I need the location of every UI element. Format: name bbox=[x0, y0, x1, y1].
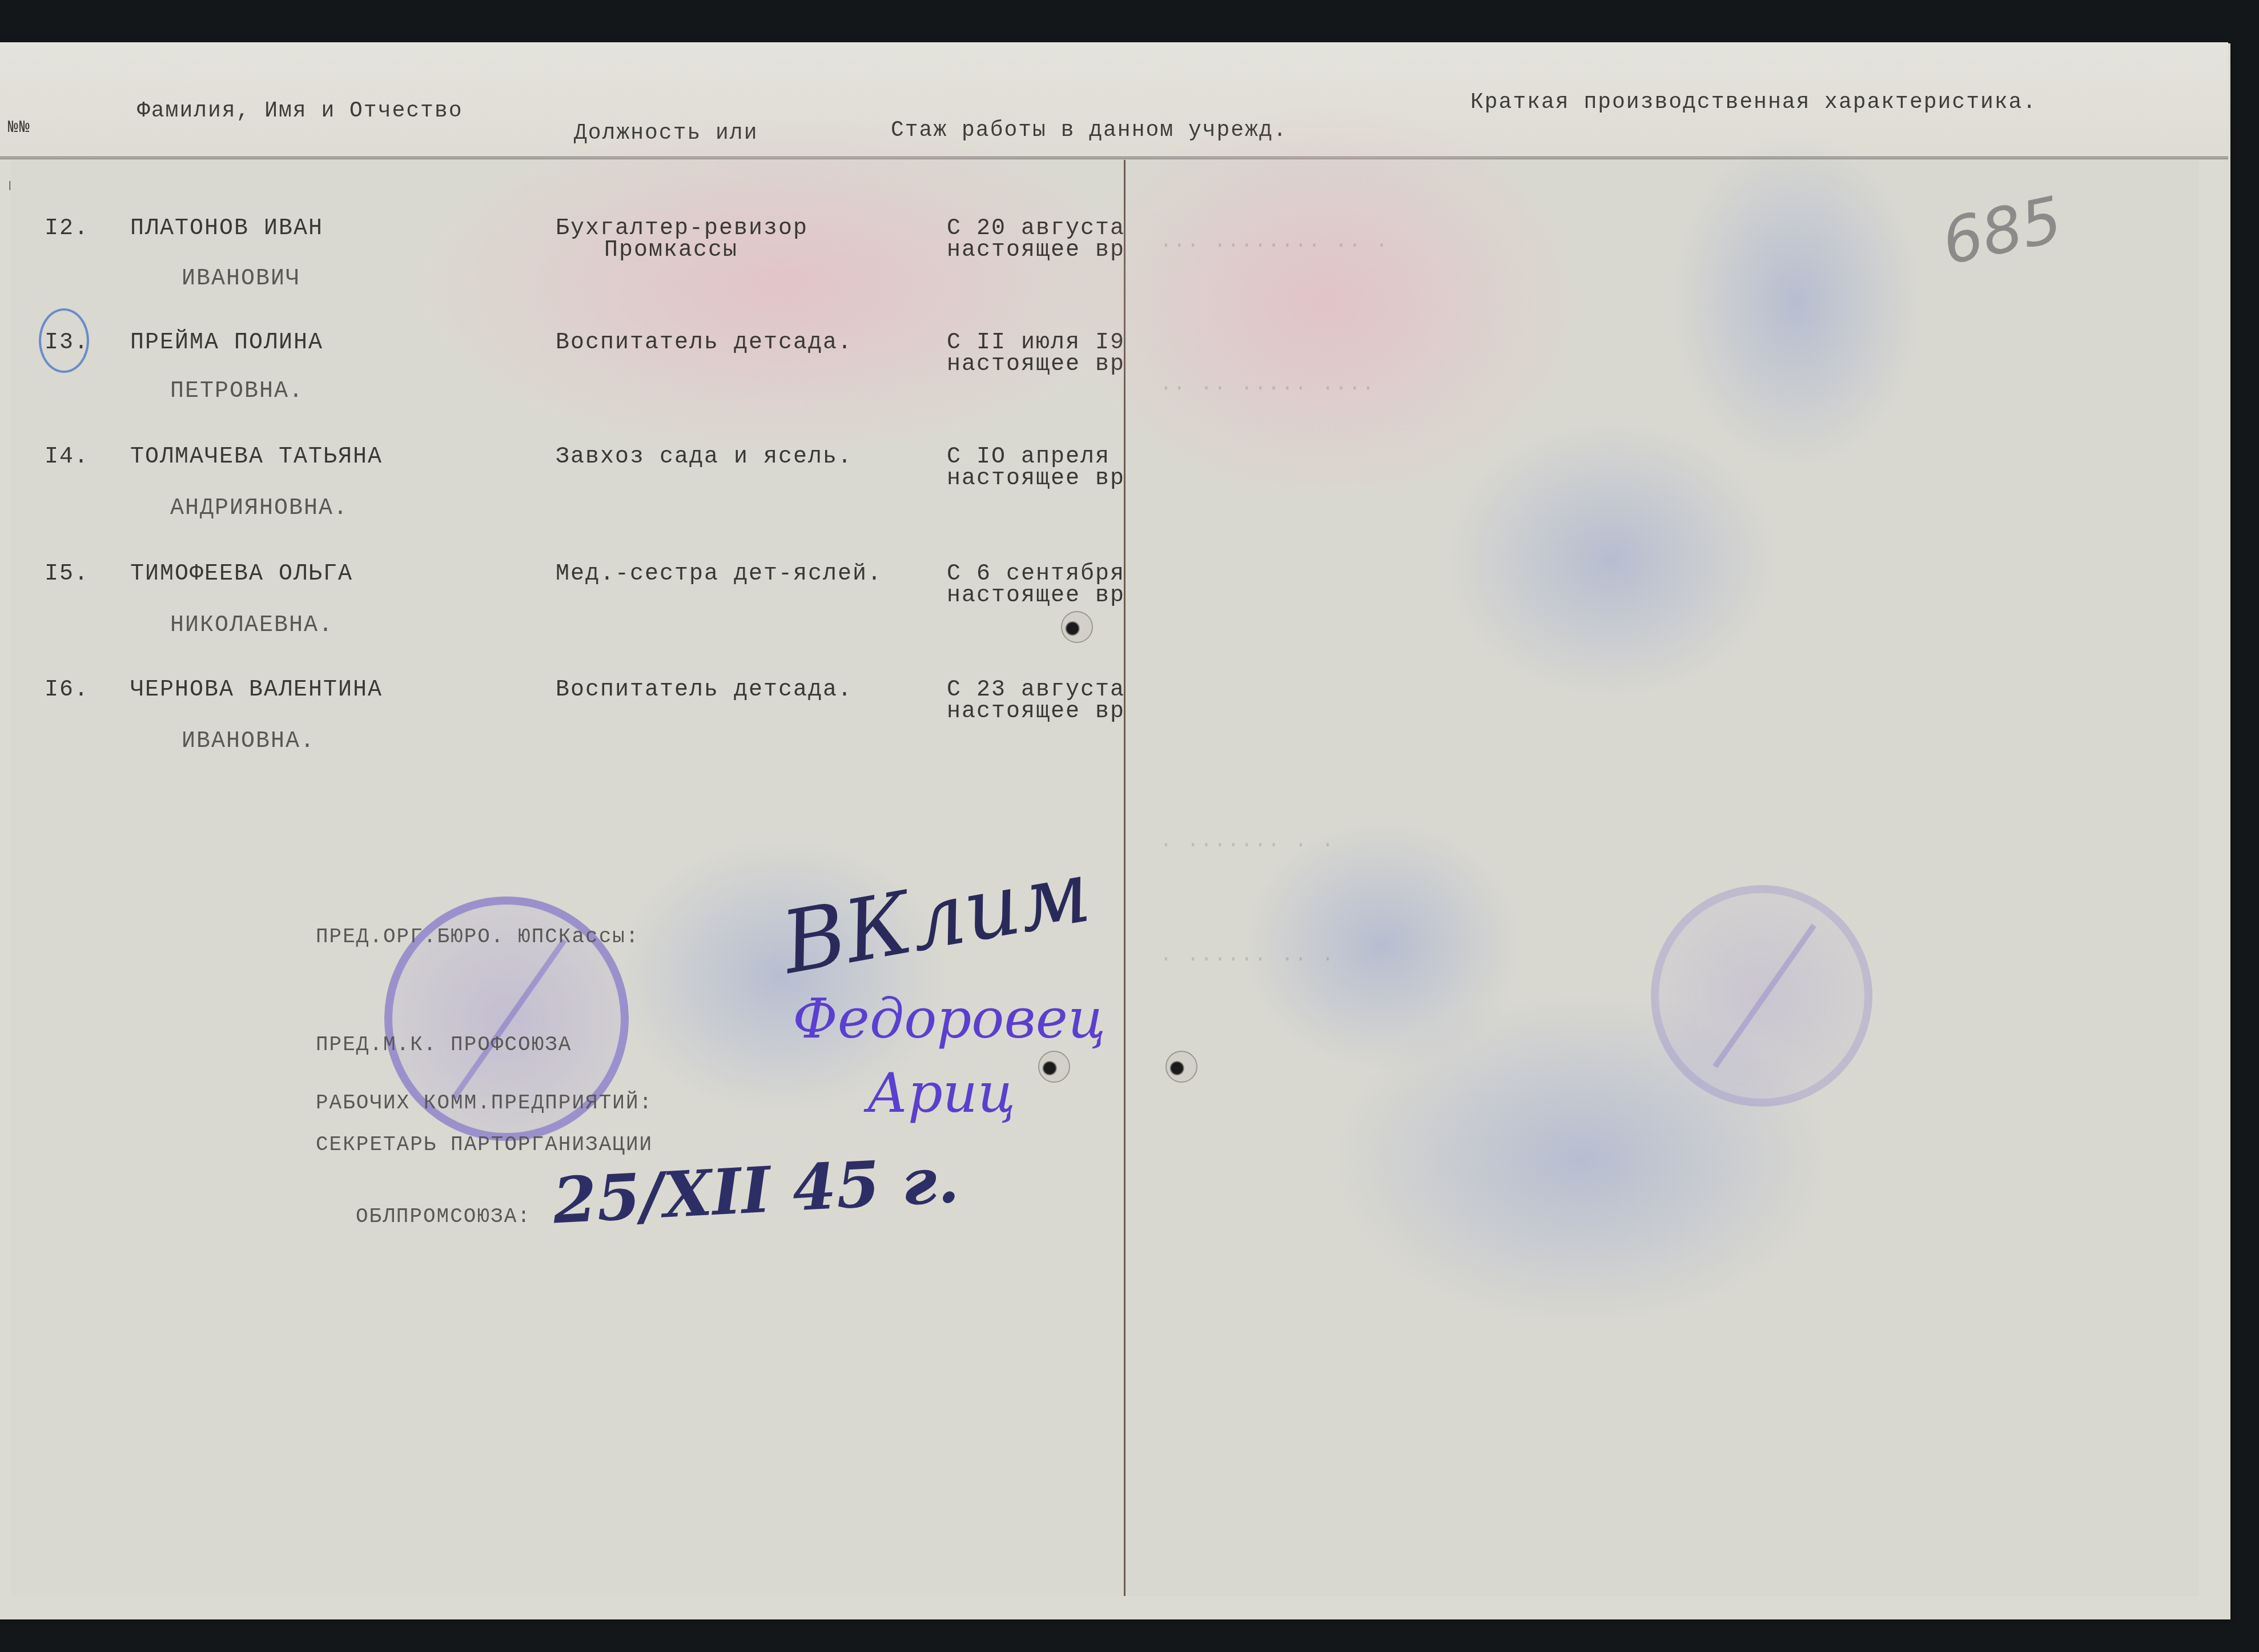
row-name-line2: ИВАНОВИЧ bbox=[182, 267, 300, 291]
signature-handwritten-2: Федоровец bbox=[793, 988, 1106, 1051]
row-number: I5. bbox=[45, 562, 89, 586]
signature-label-mk-line1: ПРЕД.М.К. ПРОФСОЮЗА bbox=[316, 1035, 653, 1055]
round-stamp-bleed bbox=[1651, 885, 1872, 1107]
row-tenure-line1: С 23 августа bbox=[947, 678, 1128, 702]
row-name-line1: ПРЕЙМА ПОЛИНА bbox=[130, 331, 323, 355]
signature-label-org-bureau: ПРЕД.ОРГ.БЮРО. ЮПСКассы: bbox=[316, 925, 639, 949]
signature-handwritten-3: Ариц bbox=[867, 1062, 1015, 1125]
row-tenure-line2: настоящее вр bbox=[947, 467, 1128, 491]
row-position-line2: Промкассы bbox=[604, 239, 738, 263]
row-tenure-line2: настоящее вр bbox=[947, 584, 1128, 608]
row-number: I3. bbox=[45, 331, 89, 355]
table-header: №№ пп Фамилия, Имя и Отчество Должность … bbox=[0, 42, 2228, 159]
pink-stain bbox=[410, 114, 1152, 457]
punch-hole bbox=[1038, 1051, 1070, 1083]
row-name-line2: ПЕТРОВНА. bbox=[170, 380, 304, 404]
row-name-line1: ТИМОФЕЕВА ОЛЬГА bbox=[130, 562, 353, 586]
row-position-line1: Завхоз сада и ясель. bbox=[556, 445, 853, 469]
punch-hole bbox=[1061, 611, 1093, 643]
header-col-name: Фамилия, Имя и Отчество bbox=[137, 99, 463, 123]
row-number: I4. bbox=[45, 445, 89, 469]
row-tenure-line2: настоящее вр bbox=[947, 700, 1128, 724]
row-position-line1: Воспитатель детсада. bbox=[556, 331, 853, 355]
ink-bleed-stain bbox=[1440, 417, 1782, 702]
row-position-line1: Воспитатель детсада. bbox=[556, 678, 853, 702]
header-col-characteristic: Краткая производственная характеристика. bbox=[1470, 91, 2037, 115]
left-page: I2. ПЛАТОНОВ ИВАН ИВАНОВИЧ Бухгалтер-рев… bbox=[10, 160, 1126, 1596]
archive-page-number: 685 bbox=[1936, 183, 2068, 279]
row-name-line2: НИКОЛАЕВНА. bbox=[170, 614, 333, 638]
row-number: I6. bbox=[45, 678, 89, 702]
header-num-line1: №№ bbox=[8, 118, 54, 138]
row-tenure-line1: С 6 сентября bbox=[947, 562, 1128, 586]
punch-hole bbox=[1165, 1051, 1197, 1083]
pink-stain bbox=[1068, 103, 1582, 503]
row-name-line2: ИВАНОВНА. bbox=[182, 730, 315, 754]
row-tenure-line1: С IO апреля bbox=[947, 445, 1128, 469]
row-number: I2. bbox=[45, 217, 89, 241]
right-page: ··· ········ ·· · ·· ·· ····· ···· · ···… bbox=[1126, 160, 2199, 1596]
row-name-line1: ПЛАТОНОВ ИВАН bbox=[130, 217, 323, 241]
row-name-line1: ЧЕРНОВА ВАЛЕНТИНА bbox=[130, 678, 383, 702]
row-name-line1: ТОЛМАЧЕВА ТАТЬЯНА bbox=[130, 445, 383, 469]
row-name-line2: АНДРИЯНОВНА. bbox=[170, 497, 348, 521]
ink-bleed-stain bbox=[1668, 131, 1925, 474]
row-position-line1: Мед.-сестра дет-яслей. bbox=[556, 562, 882, 586]
signature-label-secretary-line1: СЕКРЕТАРЬ ПАРТОРГАНИЗАЦИИ bbox=[316, 1133, 653, 1157]
